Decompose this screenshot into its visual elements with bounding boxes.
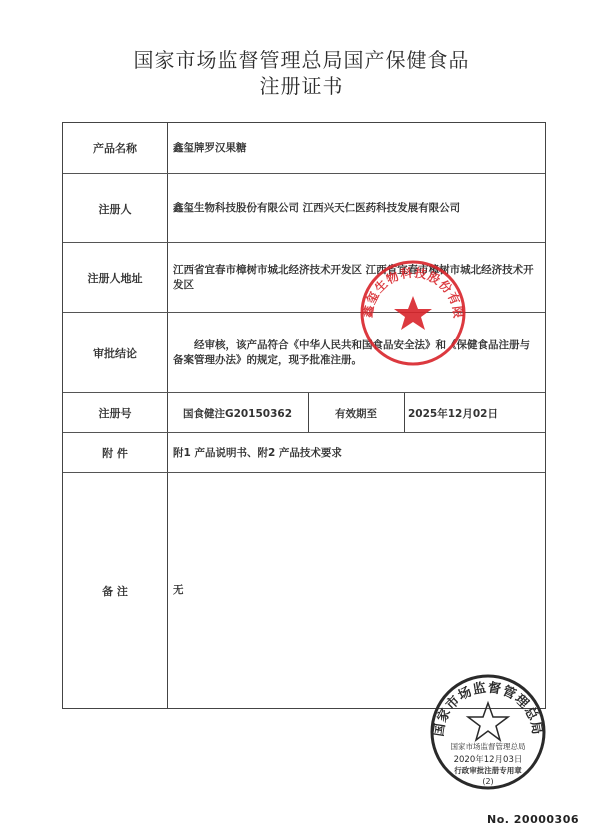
- value-valid-until: 2025年12月02日: [404, 393, 518, 433]
- official-seal-purpose: 行政审批注册专用章: [454, 765, 522, 775]
- conclusion-text: 经审核，该产品符合《中华人民共和国食品安全法》和《保健食品注册与备案管理办法》的…: [173, 338, 537, 368]
- certificate-table: 产品名称 鑫玺牌罗汉果糖 注册人 鑫玺生物科技股份有限公司 江西兴天仁医药科技发…: [62, 122, 546, 709]
- svg-text:国家市场监督管理总局: 国家市场监督管理总局: [431, 680, 545, 738]
- value-approval-conclusion: 经审核，该产品符合《中华人民共和国食品安全法》和《保健食品注册与备案管理办法》的…: [173, 313, 537, 393]
- official-seal-inner-text: 国家市场监督管理总局: [451, 741, 526, 751]
- value-product-name: 鑫玺牌罗汉果糖: [173, 123, 537, 173]
- row-product-name: 产品名称 鑫玺牌罗汉果糖: [63, 123, 545, 173]
- value-registrant-address: 江西省宜春市樟树市城北经济技术开发区 江西省宜春市樟树市城北经济技术开发区: [173, 243, 537, 313]
- row-approval-conclusion: 审批结论 经审核，该产品符合《中华人民共和国食品安全法》和《保健食品注册与备案管…: [63, 312, 545, 393]
- label-approval-conclusion: 审批结论: [63, 313, 168, 393]
- value-registration-number: 国食健注G20150362: [167, 393, 308, 433]
- value-registrant: 鑫玺生物科技股份有限公司 江西兴天仁医药科技发展有限公司: [173, 174, 537, 243]
- company-seal-icon: 鑫玺生物科技股份有限公司: [358, 258, 468, 368]
- label-attachments: 附 件: [63, 433, 168, 473]
- official-seal-date: 2020年12月03日: [454, 754, 523, 765]
- official-seal-icon: 国家市场监督管理总局 国家市场监督管理总局 2020年12月03日 行政审批注册…: [429, 671, 547, 793]
- address-text: 江西省宜春市樟树市城北经济技术开发区 江西省宜春市樟树市城北经济技术开发区: [173, 263, 537, 293]
- row-registration-number: 注册号 国食健注G20150362 有效期至 2025年12月02日: [63, 392, 545, 433]
- label-registration-number: 注册号: [63, 393, 168, 433]
- label-remarks: 备 注: [63, 473, 168, 708]
- row-registrant-address: 注册人地址 江西省宜春市樟树市城北经济技术开发区 江西省宜春市樟树市城北经济技术…: [63, 242, 545, 313]
- value-attachments: 附1 产品说明书、附2 产品技术要求: [173, 433, 537, 473]
- certificate-title: 国家市场监督管理总局国产保健食品: [0, 44, 603, 73]
- label-registrant-address: 注册人地址: [63, 243, 168, 313]
- serial-number: No. 20000306: [487, 813, 579, 826]
- certificate-subtitle: 注册证书: [0, 70, 603, 99]
- row-registrant: 注册人 鑫玺生物科技股份有限公司 江西兴天仁医药科技发展有限公司: [63, 173, 545, 243]
- official-seal-ring-text: 国家市场监督管理总局: [431, 680, 545, 738]
- official-seal-number: (2): [482, 777, 493, 786]
- label-product-name: 产品名称: [63, 123, 168, 173]
- row-attachments: 附 件 附1 产品说明书、附2 产品技术要求: [63, 432, 545, 473]
- label-registrant: 注册人: [63, 174, 168, 243]
- label-valid-until: 有效期至: [308, 393, 404, 433]
